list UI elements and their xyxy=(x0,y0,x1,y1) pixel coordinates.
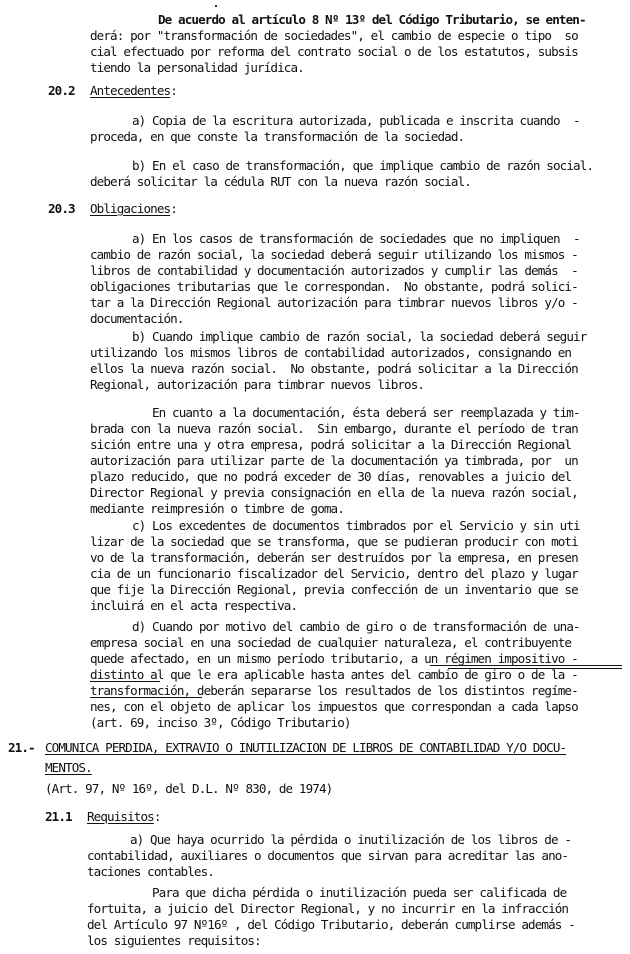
text-line: Regional, autorización para timbrar nuev… xyxy=(90,377,424,392)
text-line: cambio de razón social, la sociedad debe… xyxy=(90,247,578,262)
section-number: 20.3 xyxy=(48,201,75,216)
text-line: tiendo la personalidad jurídica. xyxy=(90,60,304,75)
text-line: proceda, en que conste la transformación… xyxy=(90,129,464,144)
handwritten-underline xyxy=(90,681,160,682)
text-line: que fije la Dirección Regional, previa c… xyxy=(90,582,578,597)
text-line: De acuerdo al artículo 8 Nº 13º del Códi… xyxy=(158,12,586,27)
text-line: cial efectuado por reforma del contrato … xyxy=(90,44,578,59)
subsection-number: 21.1 xyxy=(45,809,72,824)
section-title-text: Obligaciones xyxy=(90,201,170,216)
text-line: los siguientes requisitos: xyxy=(87,933,261,948)
scan-artifact-dot xyxy=(215,5,217,7)
text-line: lizar de la sociedad que se transforma, … xyxy=(90,534,578,549)
text-line: libros de contabilidad y documentación a… xyxy=(90,263,578,278)
text-line: documentación. xyxy=(90,311,184,326)
colon: : xyxy=(170,83,177,98)
text-line: empresa social en una sociedad de cualqu… xyxy=(90,635,571,650)
text-line: tar a la Dirección Regional autorización… xyxy=(90,295,578,310)
text-line: taciones contables. xyxy=(87,864,214,879)
colon: : xyxy=(170,201,177,216)
text-line: transformación, deberán separarse los re… xyxy=(90,683,578,698)
text-line: plazo reducido, que no podrá exceder de … xyxy=(90,469,571,484)
text-line: incluirá en el acta respectiva. xyxy=(90,598,297,613)
text-line: distinto al que le era aplicable hasta a… xyxy=(90,667,578,682)
text-line: derá: por "transformación de sociedades"… xyxy=(90,28,578,43)
legal-reference: (Art. 97, Nº 16º, del D.L. Nº 830, de 19… xyxy=(45,781,332,796)
subsection-title-text: Requisitos xyxy=(87,809,154,824)
text-line: c) Los excedentes de documentos timbrado… xyxy=(132,518,580,533)
section-title-line: MENTOS. xyxy=(45,760,92,775)
text-line: obligaciones tributarias que le correspo… xyxy=(90,279,578,294)
colon: : xyxy=(154,809,161,824)
text-line: brada con la nueva razón social. Sin emb… xyxy=(90,421,578,436)
text-line: utilizando los mismos libros de contabil… xyxy=(90,345,571,360)
text-line: del Artículo 97 Nº16º , del Código Tribu… xyxy=(87,917,575,932)
text-line: b) Cuando implique cambio de razón socia… xyxy=(132,329,586,344)
text-line: cia de un funcionario fiscalizador del S… xyxy=(90,566,578,581)
section-number: 20.2 xyxy=(48,83,75,98)
text-line: a) En los casos de transformación de soc… xyxy=(132,231,580,246)
text-line: vo de la transformación, deberán ser des… xyxy=(90,550,578,565)
section-title-line: COMUNICA PERDIDA, EXTRAVIO O INUTILIZACI… xyxy=(45,740,566,755)
section-title: Antecedentes: xyxy=(90,83,177,98)
handwritten-overline xyxy=(448,668,622,669)
text-line: a) Que haya ocurrido la pérdida o inutil… xyxy=(130,832,571,847)
text-line: En cuanto a la documentación, ésta deber… xyxy=(152,405,580,420)
text-line: Director Regional y previa consignación … xyxy=(90,485,578,500)
text-line: quede afectado, en un mismo período trib… xyxy=(90,651,578,666)
text-line: nes, con el objeto de aplicar los impues… xyxy=(90,699,578,714)
text-line: fortuita, a juicio del Director Regional… xyxy=(87,901,568,916)
text-line: b) En el caso de transformación, que imp… xyxy=(132,158,593,173)
text-line: (art. 69, inciso 3º, Código Tributario) xyxy=(90,715,351,730)
section-title-text: Antecedentes xyxy=(90,83,170,98)
text-line: deberá solicitar la cédula RUT con la nu… xyxy=(90,174,471,189)
text-line: a) Copia de la escritura autorizada, pub… xyxy=(132,113,580,128)
text-line: Para que dicha pérdida o inutilización p… xyxy=(152,885,566,900)
section-number: 21.- xyxy=(8,740,35,755)
text-line: sición entre una y otra empresa, podrá s… xyxy=(90,437,571,452)
text-line: autorización para utilizar parte de la d… xyxy=(90,453,578,468)
section-title: Obligaciones: xyxy=(90,201,177,216)
text-line: ellos la nueva razón social. No obstante… xyxy=(90,361,578,376)
subsection-title: Requisitos: xyxy=(87,809,161,824)
text-line: d) Cuando por motivo del cambio de giro … xyxy=(132,619,580,634)
handwritten-underline xyxy=(90,697,202,698)
text-line: contabilidad, auxiliares o documentos qu… xyxy=(87,848,568,863)
handwritten-underline xyxy=(430,665,622,666)
text-line: mediante reimpresión o timbre de goma. xyxy=(90,501,344,516)
